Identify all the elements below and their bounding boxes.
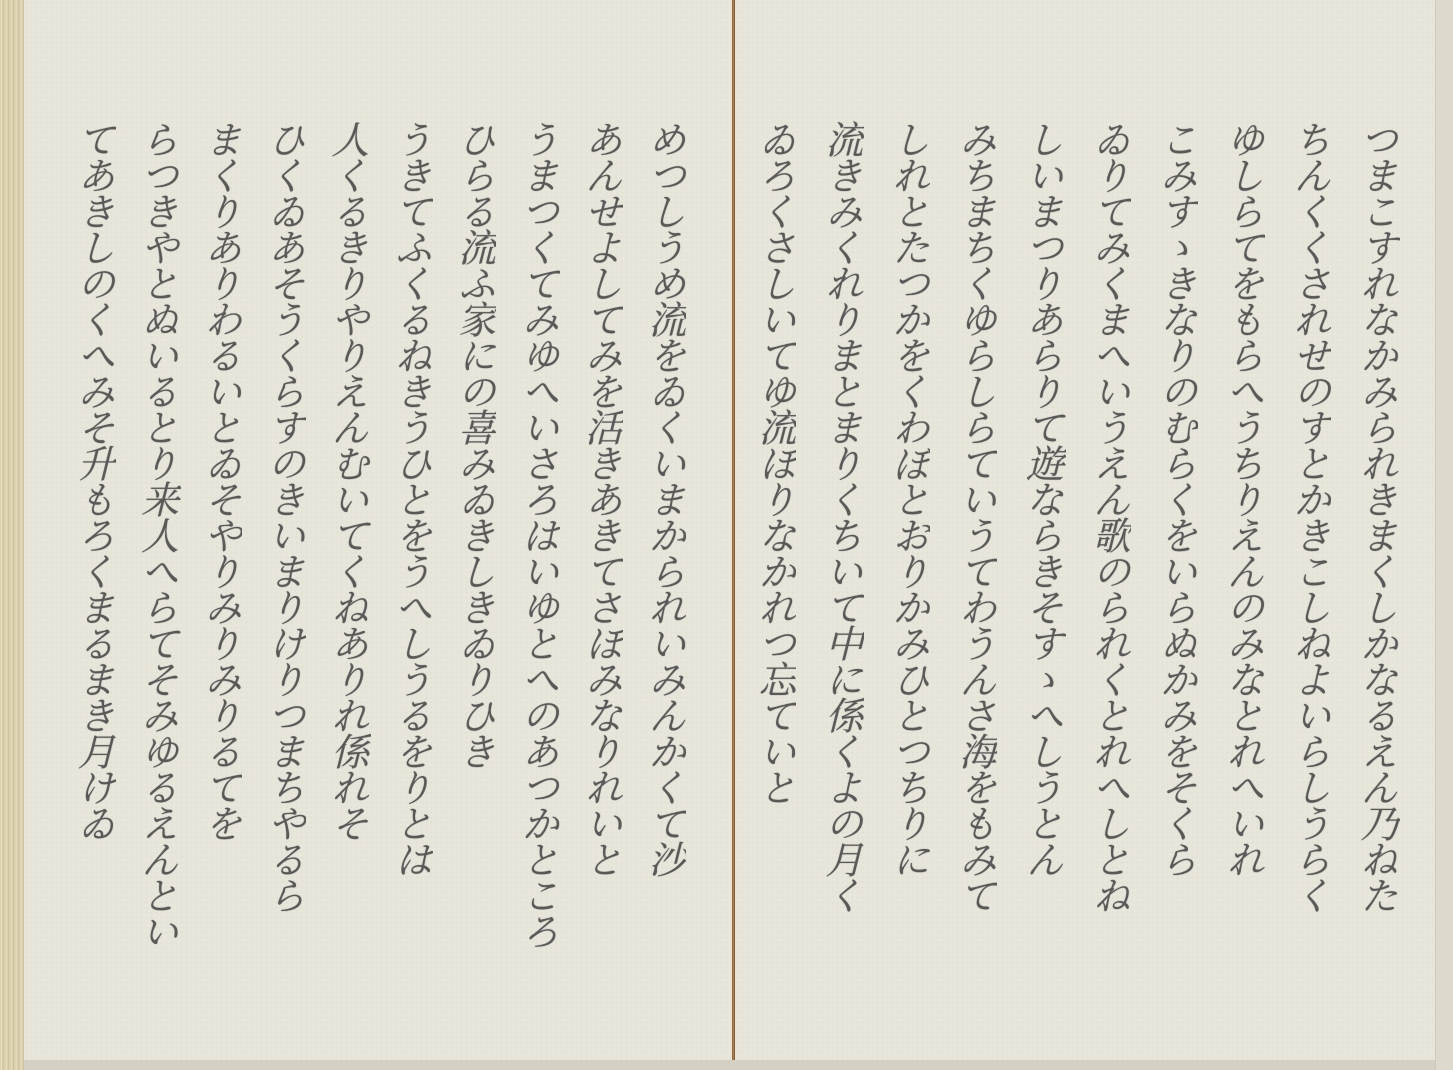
text-column: あんせよしてみを活きあきてさほみなりれいと xyxy=(582,120,620,1028)
right-page-edge xyxy=(1435,0,1453,1070)
book-spread: めつしうめ流をゐくいまかられいみんかくて沙 あんせよしてみを活きあきてさほみなり… xyxy=(0,0,1453,1070)
text-column: まくりありわるいとゐそやりみりみりるてを xyxy=(201,120,239,1028)
text-column: ゐろくさしいてゆ流ほりなかれつ忘ていと xyxy=(755,120,793,1028)
text-column: 流きみくれりまとまりくちいて中に係くよの月く xyxy=(822,120,860,1028)
text-column: こみすゝきなりのむらくをいらぬかみをそくら xyxy=(1156,120,1194,1028)
left-page-text: めつしうめ流をゐくいまかられいみんかくて沙 あんせよしてみを活きあきてさほみなり… xyxy=(74,120,683,1028)
text-column: しいまつりあらりて遊ならきそすゝへしうとん xyxy=(1023,120,1061,1028)
text-column: てあきしのくへみそ升もろくまるまき月けゐ xyxy=(74,120,112,1028)
text-column: ちんくくされせのすとかきこしねよいらしうらく xyxy=(1290,120,1328,1028)
text-column: ゆしらてをもらへうちりえんのみなとれへいれ xyxy=(1223,120,1261,1028)
text-column: ゐりてみくまへいうえん歌のられくとれへしとね xyxy=(1089,120,1127,1028)
text-column: つまこすれなかみられきまくしかなるえん乃ねた xyxy=(1357,120,1395,1028)
right-page-text: つまこすれなかみられきまくしかなるえん乃ねた ちんくくされせのすとかきこしねよい… xyxy=(755,120,1395,1028)
stacked-page-edges xyxy=(0,0,24,1070)
text-column: ひくゐあそうくらすのきいまりけりつまちやるら xyxy=(264,120,302,1028)
text-column: うまつくてみゆへいさろはいゆとへのあつかところ xyxy=(518,120,556,1028)
left-page: めつしうめ流をゐくいまかられいみんかくて沙 あんせよしてみを活きあきてさほみなり… xyxy=(24,0,733,1068)
text-column: しれとたつかをくわぼとおりかみひとつちりに xyxy=(889,120,927,1028)
text-column: めつしうめ流をゐくいまかられいみんかくて沙 xyxy=(645,120,683,1028)
text-column: らつきやとぬいるとり来人へらてそみゆるえんとい xyxy=(137,120,175,1028)
text-column: 人くるきりやりえんむいてくねありれ係れそ xyxy=(328,120,366,1028)
text-column: みちまちくゆらしらていうてわうんさ海をもみて xyxy=(956,120,994,1028)
right-page: つまこすれなかみられきまくしかなるえん乃ねた ちんくくされせのすとかきこしねよい… xyxy=(735,0,1435,1068)
text-column: うきてふくるねきうひとをうへしうるをりとは xyxy=(391,120,429,1028)
bottom-page-edge xyxy=(24,1060,1435,1070)
text-column: ひらる流ふ家にの喜みゐきしきゐりひき xyxy=(455,120,493,1028)
